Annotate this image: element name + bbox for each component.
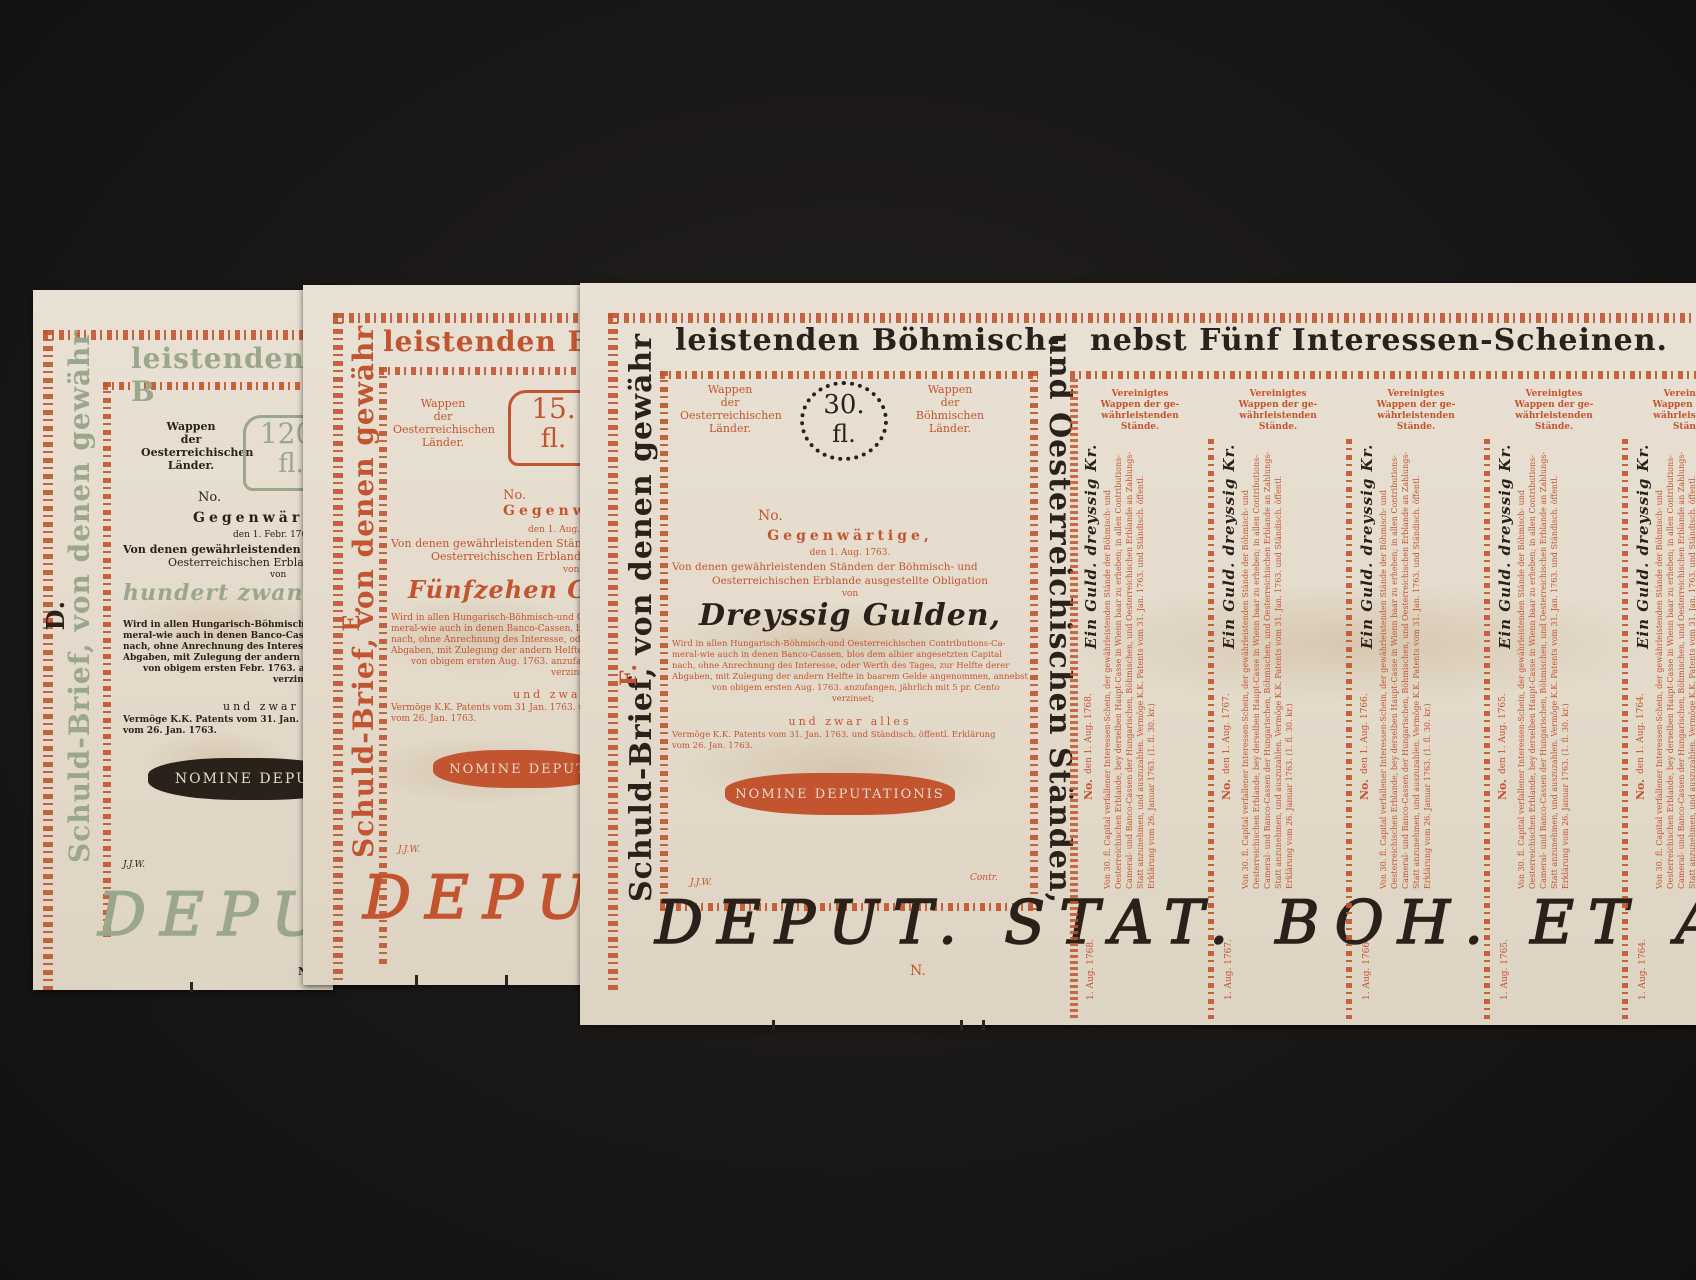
interest-coupon: Vereinigtes Wappen der ge- währleistende… [1494,379,1619,1025]
coat-of-arms-label: Wappen der Oesterreichischen Länder. [393,397,493,449]
coupon-title: Ein Guld. dreyssig Kr. [1496,449,1514,649]
coupon-divider [1622,439,1628,1019]
coupon-heading: Vereinigtes Wappen der ge- währleistende… [1218,389,1338,433]
coupon-title: Ein Guld. dreyssig Kr. [1220,449,1238,649]
inner-border-top [660,371,1038,379]
interest-coupon: Vereinigtes Wappen der ge- währleistende… [1356,379,1481,1025]
coupon-heading: Vereinigtes Wappen der ge- währleistende… [1494,389,1614,433]
coupon-title: Ein Guld. dreyssig Kr. [1634,449,1652,649]
signature: J.J.W. [398,845,420,856]
deputation-seal: NOMINE DEPUT [433,750,593,788]
patent-text: Vermöge K.K. Patents vom 31. Jan. 1763. … [672,730,996,752]
coupon-title: Ein Guld. dreyssig Kr. [1082,449,1100,649]
coupon-date: den 1. Aug. 1765. [1498,654,1509,774]
bond-d-sheet: leistenden B Schuld-Brief, von denen gew… [33,290,333,990]
coupon-stub-date: 1. Aug. 1768. [1086,939,1097,1000]
issuer-line-1: Von denen gewährleistenden Ständen der B… [672,561,978,574]
signature-right: Contr. [970,873,998,884]
interest-coupon: Vereinigtes Wappen der ge- währleistende… [1080,379,1205,1025]
side-title: Schuld-Brief, von denen gewähr [63,330,96,950]
issuer-line-2: Oesterreichischen Erblande ausge [431,550,593,563]
bond-f-sheet: leistenden Böhmisch- nebst Fünf Interess… [580,283,1696,1025]
bond-letter: D. [41,600,70,630]
coupon-title: Ein Guld. dreyssig Kr. [1358,449,1376,649]
inner-border-right [1030,371,1038,911]
coupon-date: den 1. Aug. 1767. [1222,654,1233,774]
deput-watermark: DEPUT [98,880,333,950]
coupon-text: Von 30. fl. Capital verfallener Interess… [1516,449,1611,889]
bond-letter: F. [616,663,642,686]
bottom-number-label: N. [910,963,926,979]
coupon-heading: Vereinigtes Wappen der ge- währleistende… [1632,389,1696,433]
signature: J.J.W. [123,860,145,871]
coupon-border-top [1070,371,1696,379]
issue-date: den 1. Aug. 1763. [670,548,1030,559]
value-wreath: 30. fl. [800,381,888,461]
present-text: Gegenwärtige, [670,528,1030,544]
mount-notch [960,1020,963,1030]
patent-text: Vermöge K.K. Patents vom 31. Jan. 1763. … [123,715,333,737]
issue-date: den 1. Febr. 176 [233,530,307,541]
ornamental-border-top [333,313,593,323]
header-text: leistenden Bö [383,325,593,358]
coupon-number: No. [1496,779,1509,800]
issuer-line-1: Von denen gewährleistenden Stän [391,537,582,550]
coupon-stub-date: 1. Aug. 1767. [1224,939,1235,1000]
coupon-stub-date: 1. Aug. 1764. [1638,939,1649,1000]
coupon-divider [1208,439,1214,1019]
deputation-seal: NOMINE DEPUTATIONIS [725,773,955,815]
bond-body-text: Wird in allen Hungarisch-Böhmisch-und Oe… [672,639,1028,705]
header-left: leistenden Böhmisch- [675,323,1061,358]
deput-watermark: DEPUT. [363,863,593,933]
number-label: No. [503,488,526,503]
mount-notch [415,975,418,985]
coupon-number: No. [1634,779,1647,800]
mount-notch [982,1020,985,1030]
mount-notch [772,1020,775,1030]
number-label: No. [758,508,783,524]
inner-border-left [660,371,668,911]
ornamental-border-top [608,313,1696,323]
coupon-date: den 1. Aug. 1766. [1360,654,1371,774]
coupon-divider [1346,439,1352,1019]
coat-of-arms-left: Wappen der Oesterreichischen Länder. [680,383,780,435]
coupon-text: Von 30. fl. Capital verfallener Interess… [1654,449,1696,889]
interest-coupon: Vereinigtes Wappen der ge- währleistende… [1218,379,1343,1025]
interest-coupons: Vereinigtes Wappen der ge- währleistende… [1070,379,1696,1025]
bond-body-text: Wird in allen Hungarisch-Böhmisch-und Oe… [123,620,333,686]
coat-of-arms-right: Wappen der Böhmischen Länder. [900,383,1000,435]
amount-in-words: Fünfzehen G [408,575,589,604]
coupon-heading: Vereinigtes Wappen der ge- währleistende… [1080,389,1200,433]
patent-text: Vermöge K.K. Patents vom 31 Jan. 1763. u… [391,703,593,725]
ornamental-border-left [333,313,343,985]
bond-letter: E. [339,605,365,631]
inner-border-top [379,367,593,375]
interest-coupon: Vereinigtes Wappen der ge- währleistende… [1632,379,1696,1025]
ornamental-border-left [608,313,618,993]
amount-in-words: Dreyssig Gulden, [670,598,1030,633]
mount-notch [505,975,508,985]
coupon-stub-date: 1. Aug. 1765. [1500,939,1511,1000]
coupon-text: Von 30. fl. Capital verfallener Interess… [1240,449,1335,889]
coupon-divider [1070,379,1078,1019]
coupon-text: Von 30. fl. Capital verfallener Interess… [1102,449,1197,889]
coupon-number: No. [1220,779,1233,800]
coupon-heading: Vereinigtes Wappen der ge- währleistende… [1356,389,1476,433]
amount-in-words: hundert zwanzi [123,580,326,606]
mount-notch [190,982,193,992]
inner-border-left [103,382,111,942]
coupon-stub-date: 1. Aug. 1766. [1362,939,1373,1000]
coat-of-arms-label: Wappen der Oesterreichischen Länder. [141,420,241,472]
coupon-number: No. [1358,779,1371,800]
bond-e-sheet: leistenden Bö Schuld-Brief, von denen ge… [303,285,593,985]
coupon-date: den 1. Aug. 1764. [1636,654,1647,774]
side-title: Schuld-Brief, von denen gewähr [347,325,380,945]
side-title: Schuld-Brief, von denen gewähr [624,333,659,933]
bond-body-text: Wird in allen Hungarisch-Böhmisch-und Oe… [391,613,593,679]
coupon-divider [1484,439,1490,1019]
issuer-line-2: Oesterreichischen Erblande ausgestellte … [670,575,1030,588]
ornamental-border-left [43,330,53,990]
coupon-date: den 1. Aug. 1768. [1084,654,1095,774]
header-right: nebst Fünf Interessen-Scheinen. [1090,323,1668,358]
coupon-number: No. [1082,779,1095,800]
coupon-text: Von 30. fl. Capital verfallener Interess… [1378,449,1473,889]
number-label: No. [198,490,221,505]
issuer-line-1: Von denen gewährleistenden Stän [123,543,333,556]
und-zwar-text: und zwar alles [670,715,1030,728]
